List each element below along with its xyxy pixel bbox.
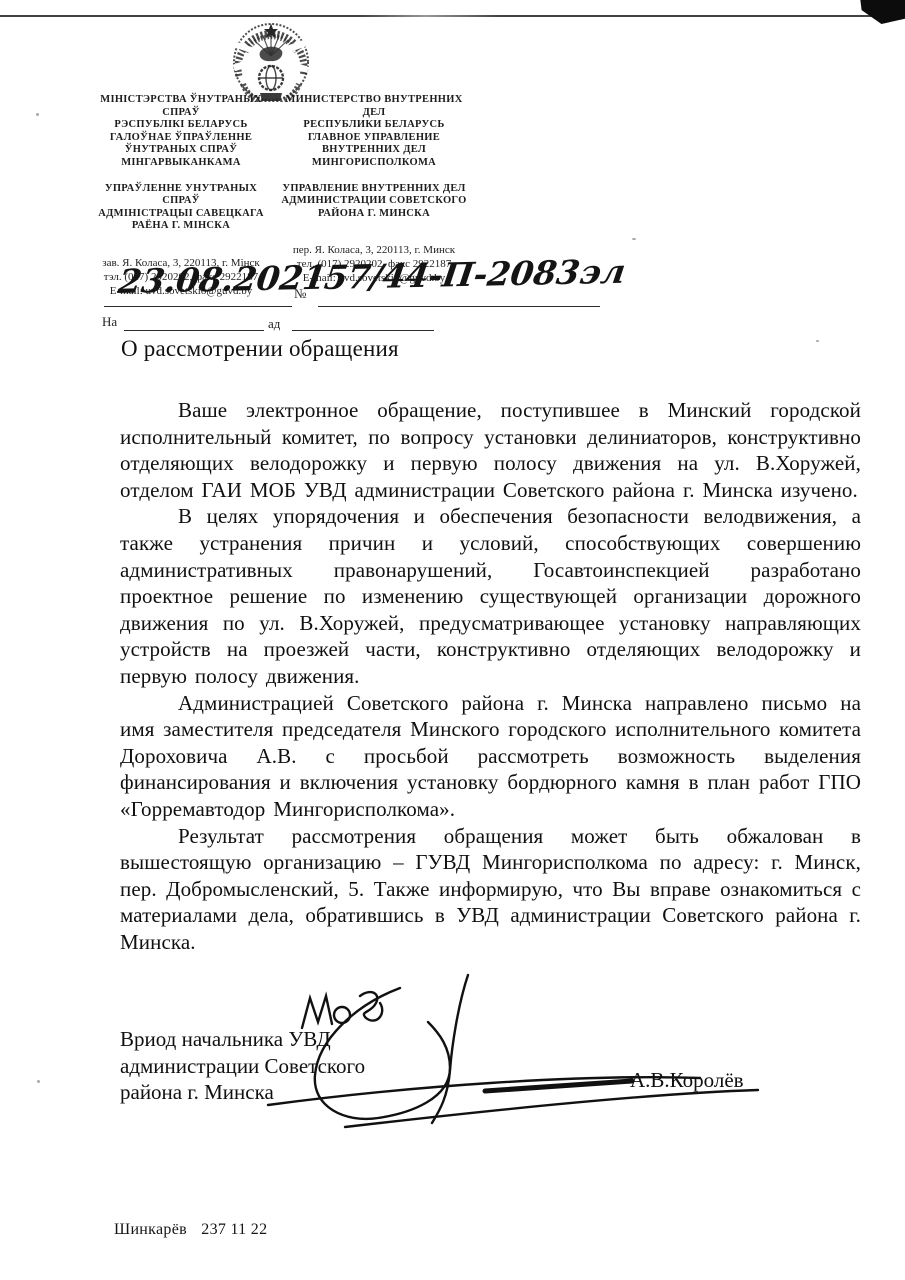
- letterhead-line: МІНГАРВЫКАНКАМА: [88, 157, 274, 170]
- handwritten-signature: [260, 960, 780, 1160]
- letterhead-line: МИНИСТЕРСТВО ВНУТРЕННИХ ДЕЛ: [276, 94, 472, 119]
- subject-line: О рассмотрении обращения: [121, 336, 399, 362]
- letterhead-line: ЎНУТРАНЫХ СПРАЎ: [88, 144, 274, 157]
- letterhead-line: АДМІНІСТРАЦЫІ САВЕЦКАГА: [88, 208, 274, 221]
- department-name-by: УПРАЎЛЕННЕ УНУТРАНЫХ СПРАЎ АДМІНІСТРАЦЫІ…: [88, 183, 274, 233]
- ministry-name-by: МІНІСТЭРСТВА ЎНУТРАНЫХ СПРАЎ РЭСПУБЛІКІ …: [88, 94, 274, 170]
- letterhead-line: УПРАЎЛЕННЕ УНУТРАНЫХ СПРАЎ: [88, 183, 274, 208]
- letterhead-line: МІНІСТЭРСТВА ЎНУТРАНЫХ СПРАЎ: [88, 94, 274, 119]
- body-paragraph: Администрацией Советского района г. Минс…: [120, 690, 861, 823]
- department-name-ru: УПРАВЛЕНИЕ ВНУТРЕННИХ ДЕЛ АДМИНИСТРАЦИИ …: [276, 183, 472, 221]
- letterhead-line: РЭСПУБЛІКІ БЕЛАРУСЬ: [88, 119, 274, 132]
- body-paragraph: Ваше электронное обращение, поступившее …: [120, 397, 861, 503]
- letterhead-line: ГАЛОЎНАЕ ЎПРАЎЛЕННЕ: [88, 132, 274, 145]
- scan-speck: [816, 340, 819, 342]
- reply-to-label: На: [102, 314, 117, 330]
- letterhead-line: МИНГОРИСПОЛКОМА: [276, 157, 472, 170]
- letterhead-line: АДМИНИСТРАЦИИ СОВЕТСКОГО: [276, 195, 472, 208]
- scan-speck: [632, 238, 636, 240]
- scan-speck: [36, 113, 39, 116]
- letterhead-line: ВНУТРЕННИХ ДЕЛ: [276, 144, 472, 157]
- number-sign: №: [294, 286, 306, 302]
- reply-from-underline: [292, 330, 434, 331]
- letterhead-line: РАЙОНА Г. МИНСКА: [276, 208, 472, 221]
- letterhead-line: РЕСПУБЛИКИ БЕЛАРУСЬ: [276, 119, 472, 132]
- date-underline: [104, 306, 292, 307]
- reply-to-underline: [124, 330, 264, 331]
- letterhead-line: РАЁНА Г. МІНСКА: [88, 220, 274, 233]
- scan-speck: [37, 1080, 40, 1083]
- letterhead-line: УПРАВЛЕНИЕ ВНУТРЕННИХ ДЕЛ: [276, 183, 472, 196]
- executor-phone: 237 11 22: [201, 1221, 267, 1238]
- state-emblem-icon: [232, 22, 310, 102]
- scan-artifact-corner-blob: [843, 0, 905, 24]
- handwritten-outgoing-number: 57/44-П-2083эл: [322, 252, 628, 297]
- reply-from-label: ад: [268, 316, 280, 332]
- letterhead-line: ГЛАВНОЕ УПРАВЛЕНИЕ: [276, 132, 472, 145]
- body-paragraph: В целях упорядочения и обеспечения безоп…: [120, 503, 861, 689]
- ministry-name-ru: МИНИСТЕРСТВО ВНУТРЕННИХ ДЕЛ РЕСПУБЛИКИ Б…: [276, 94, 472, 170]
- scan-artifact-top-line: [0, 15, 905, 17]
- scanned-letter-page: МІНІСТЭРСТВА ЎНУТРАНЫХ СПРАЎ РЭСПУБЛІКІ …: [0, 0, 905, 1280]
- body-paragraph: Результат рассмотрения обращения может б…: [120, 823, 861, 956]
- letter-body: Ваше электронное обращение, поступившее …: [120, 397, 861, 955]
- executor-line: Шинкарёв 237 11 22: [114, 1221, 267, 1239]
- executor-name: Шинкарёв: [114, 1221, 187, 1238]
- number-underline: [318, 306, 600, 307]
